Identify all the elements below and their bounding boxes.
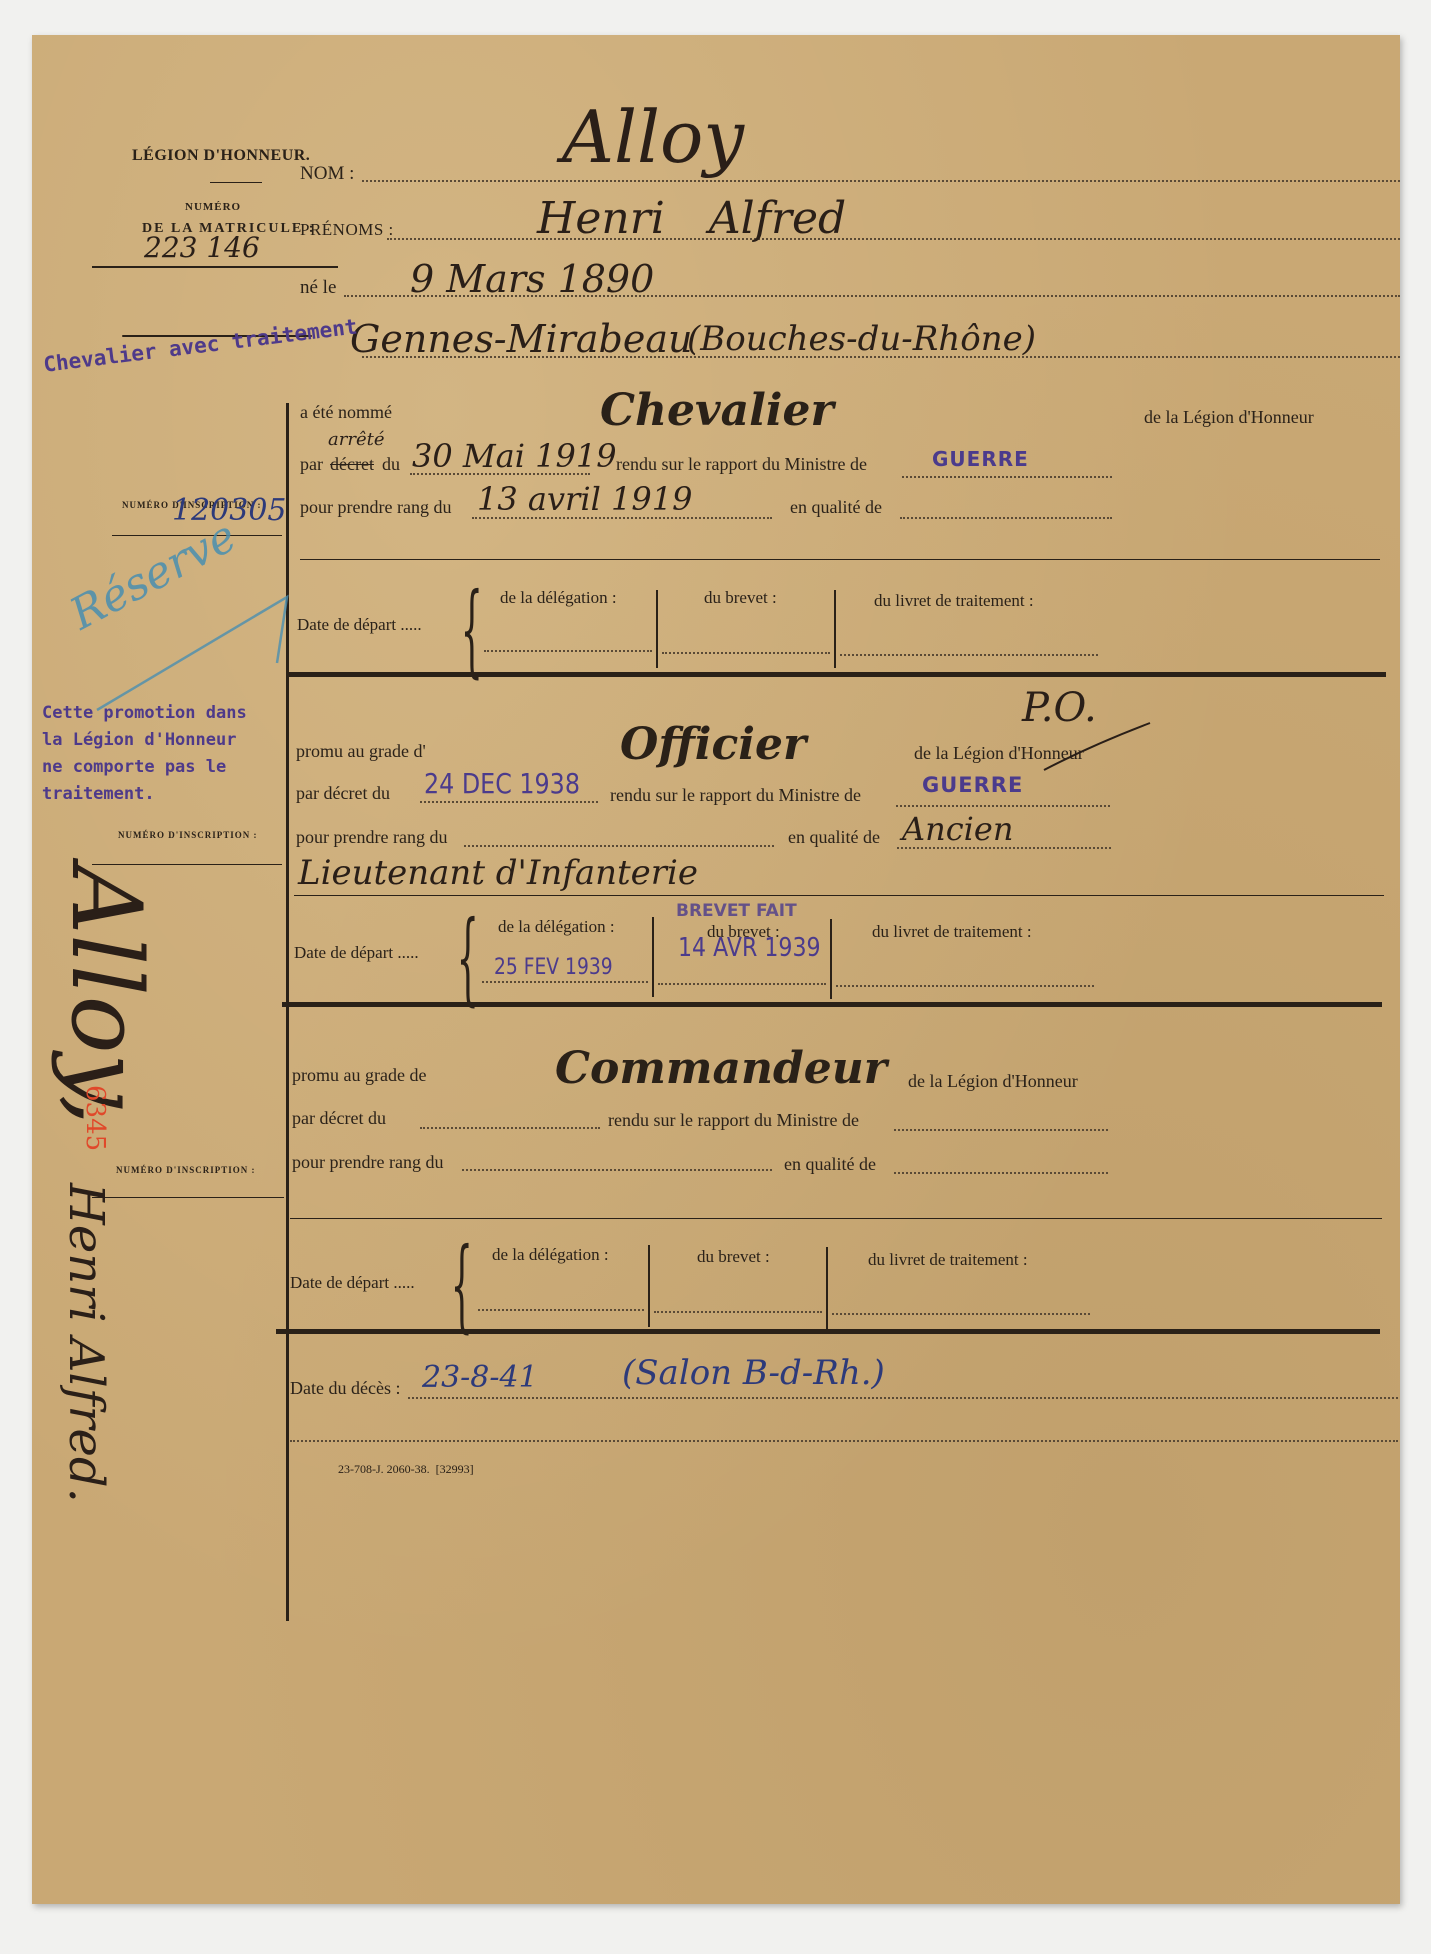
commandeur-rapport-label: rendu sur le rapport du Ministre de [608, 1110, 859, 1131]
officier-qualite-label: en qualité de [788, 827, 880, 848]
chevalier-qualite-line [900, 517, 1112, 519]
officier-livret-line [836, 985, 1094, 987]
commandeur-suffix: de la Légion d'Honneur [908, 1071, 1078, 1092]
matricule-underline [92, 266, 338, 268]
nom-value: Alloy [562, 95, 744, 179]
officier-brevet-line [658, 983, 826, 985]
officier-section-rule [282, 1002, 1382, 1007]
commandeur-grade-title: Commandeur [555, 1043, 887, 1094]
commandeur-delegation-line [478, 1309, 644, 1311]
nom-line [362, 180, 1400, 182]
commandeur-par-label: par décret du [292, 1108, 386, 1129]
inscription-underline-3 [92, 1197, 284, 1198]
officier-rang-line [464, 845, 774, 847]
commandeur-decree-line [420, 1127, 600, 1129]
chevalier-ministre-line [902, 476, 1112, 478]
commandeur-qualite-label: en qualité de [784, 1154, 876, 1175]
promotion-notice-line-4: traitement. [42, 781, 247, 808]
officier-decree-date: 24 DEC 1938 [424, 767, 580, 800]
numero-label: NUMÉRO [185, 201, 241, 213]
inscription-label-3: NUMÉRO D'INSCRIPTION : [116, 1165, 256, 1175]
chevalier-col-delegation: de la délégation : [500, 588, 617, 608]
chevalier-rang-date: 13 avril 1919 [477, 480, 692, 518]
chevalier-section-rule [286, 672, 1386, 677]
ne-le-label: né le [300, 277, 336, 299]
commandeur-qualite-rule [290, 1218, 1382, 1219]
chevalier-par-label: par [300, 454, 323, 475]
death-label: Date du décès : [290, 1378, 400, 1399]
annotation-strike-icon [1042, 715, 1152, 775]
officier-rapport-label: rendu sur le rapport du Ministre de [610, 785, 861, 806]
promotion-notice-stamp: Cette promotion dans la Légion d'Honneur… [42, 700, 247, 808]
officier-ministre-line [896, 805, 1110, 807]
birth-department: (Bouches-du-Rhône) [687, 319, 1036, 359]
commandeur-ministre-line [894, 1129, 1108, 1131]
matricule-value: 223 146 [144, 231, 260, 264]
promotion-notice-line-3: ne comporte pas le [42, 754, 247, 781]
commandeur-brevet-line [654, 1311, 822, 1313]
chevalier-col-livret: du livret de traitement : [874, 591, 1034, 611]
header-title: LÉGION D'HONNEUR. [132, 147, 310, 165]
commandeur-intro: promu au grade de [292, 1065, 426, 1086]
birth-date: 9 Mars 1890 [410, 257, 654, 301]
officier-col-delegation: de la délégation : [498, 917, 615, 937]
officier-delegation-line [482, 981, 648, 983]
chevalier-qualite-rule [300, 559, 1380, 560]
brevet-fait-stamp: BREVET FAIT [676, 901, 797, 921]
chevalier-grade-title: Chevalier [600, 385, 834, 436]
officier-qualite-rule [294, 895, 1384, 896]
nom-label: NOM : [300, 163, 354, 185]
death-place: (Salon B-d-Rh.) [622, 1353, 885, 1393]
officier-delegation-value: 25 FEV 1939 [494, 955, 613, 980]
officier-qualite-value: Ancien [902, 810, 1013, 848]
officier-depart-label: Date de départ ..... [294, 943, 419, 963]
commandeur-depart-label: Date de départ ..... [290, 1273, 415, 1293]
birth-place: Gennes-Mirabeau [350, 317, 692, 361]
officier-qualite-line2: Lieutenant d'Infanterie [298, 853, 698, 893]
chevalier-avec-traitement-stamp: Chevalier avec traitement [42, 314, 359, 376]
chevalier-decree-date: 30 Mai 1919 [412, 437, 617, 475]
officier-col-divider-2 [830, 919, 832, 999]
prenoms-label: PRÉNOMS : [300, 220, 394, 240]
chevalier-decret-correction: arrêté [328, 429, 384, 450]
officier-par-label: par décret du [296, 783, 390, 804]
legion-honneur-record-card: LÉGION D'HONNEUR. NUMÉRO DE LA MATRICULE… [32, 35, 1400, 1904]
chevalier-col-divider-1 [656, 590, 658, 668]
chevalier-depart-label: Date de départ ..... [297, 615, 422, 635]
officier-brevet-value: 14 AVR 1939 [678, 933, 821, 963]
red-number-stamp: 6345 [80, 1085, 110, 1151]
signature-given-names: Henri Alfred. [62, 1183, 110, 1503]
chevalier-rang-label: pour prendre rang du [300, 497, 451, 518]
chevalier-col-divider-2 [834, 590, 836, 668]
header-rule [210, 182, 262, 183]
chevalier-col-brevet: du brevet : [704, 588, 777, 608]
inscription-value-1: 120305 [172, 493, 287, 528]
officier-col-divider-1 [652, 917, 654, 997]
death-date: 23-8-41 [422, 1360, 538, 1395]
officier-grade-title: Officier [620, 719, 806, 770]
inscription-label-2: NUMÉRO D'INSCRIPTION : [118, 830, 258, 840]
commandeur-col-livret: du livret de traitement : [868, 1250, 1028, 1270]
commandeur-col-delegation: de la délégation : [492, 1245, 609, 1265]
officier-intro: promu au grade d' [296, 741, 426, 762]
chevalier-rapport-label: rendu sur le rapport du Ministre de [616, 454, 867, 475]
officier-decree-line [420, 801, 598, 803]
chevalier-suffix: de la Légion d'Honneur [1144, 407, 1314, 428]
commandeur-rang-line [462, 1169, 772, 1171]
officier-rang-label: pour prendre rang du [296, 827, 447, 848]
chevalier-brevet-line [662, 652, 830, 654]
promotion-notice-line-1: Cette promotion dans [42, 700, 247, 727]
blue-pencil-slash-icon [92, 575, 302, 715]
officier-col-livret: du livret de traitement : [872, 922, 1032, 942]
print-code: 23-708-J. 2060-38. [32993] [338, 1462, 474, 1477]
chevalier-du-label: du [382, 454, 400, 475]
chevalier-delegation-line [484, 650, 652, 652]
death-line [408, 1397, 1398, 1399]
commandeur-col-divider-2 [826, 1247, 828, 1329]
promotion-notice-line-2: la Légion d'Honneur [42, 727, 247, 754]
chevalier-intro: a été nommé [300, 402, 392, 423]
chevalier-qualite-label: en qualité de [790, 497, 882, 518]
officier-ministre: GUERRE [922, 773, 1023, 797]
chevalier-ministre: GUERRE [932, 447, 1029, 471]
commandeur-rang-label: pour prendre rang du [292, 1152, 443, 1173]
prenoms-value: Henri Alfred [537, 193, 846, 244]
chevalier-livret-line [840, 654, 1098, 656]
commandeur-qualite-line [894, 1172, 1108, 1174]
commandeur-col-divider-1 [648, 1245, 650, 1327]
commandeur-livret-line [832, 1313, 1090, 1315]
commandeur-section-rule [276, 1329, 1380, 1334]
chevalier-decret-struck: décret [330, 454, 374, 475]
death-second-line [290, 1440, 1398, 1442]
commandeur-col-brevet: du brevet : [697, 1247, 770, 1267]
